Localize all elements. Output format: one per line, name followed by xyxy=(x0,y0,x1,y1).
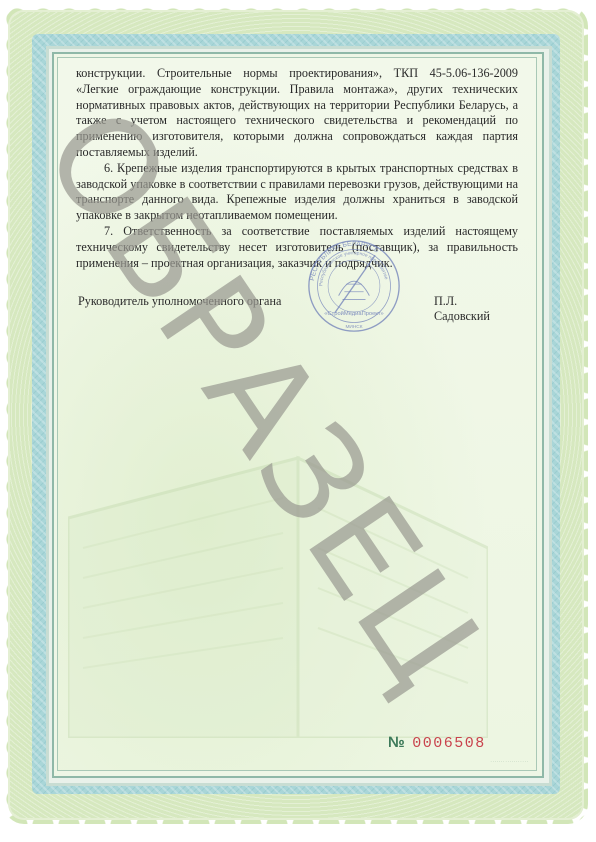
signatory-role: Руководитель уполномоченного органа xyxy=(78,294,281,309)
paragraph-transport: 6. Крепежные изделия транспортируются в … xyxy=(76,161,518,224)
svg-text:МИНСК: МИНСК xyxy=(345,324,362,330)
paragraph-responsibility: 7. Ответственность за соответствие поста… xyxy=(76,224,518,271)
document-body: конструкции. Строительные нормы проектир… xyxy=(76,66,518,271)
svg-text:РЕСПУБЛИКА БЕЛАРУСЬ: РЕСПУБЛИКА БЕЛАРУСЬ xyxy=(309,241,380,282)
serial-number: №0006508 xyxy=(388,734,486,752)
svg-text:«СтройМедиаПроект»: «СтройМедиаПроект» xyxy=(324,310,383,317)
official-seal-stamp: РЕСПУБЛИКА БЕЛАРУСЬ Республиканское унит… xyxy=(306,238,402,334)
number-sign: № xyxy=(388,734,406,751)
paragraph-norms: конструкции. Строительные нормы проектир… xyxy=(76,66,518,161)
building-background-image xyxy=(68,438,488,738)
printer-imprint: · · · · · · · · · · · · · · · · · · xyxy=(490,760,528,764)
signatory-name: П.Л. Садовский xyxy=(434,294,508,324)
document-panel: конструкции. Строительные нормы проектир… xyxy=(57,57,537,771)
serial-number-value: 0006508 xyxy=(412,735,486,752)
